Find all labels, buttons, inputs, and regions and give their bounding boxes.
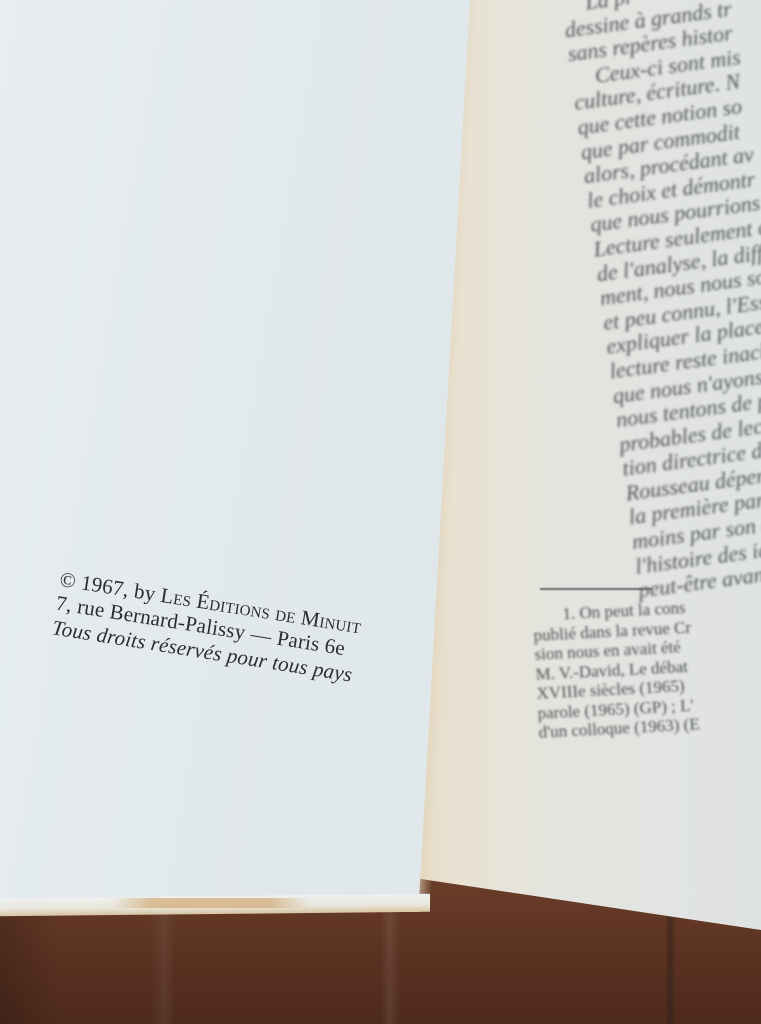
page-edge-stain	[110, 898, 310, 908]
left-page	[0, 0, 470, 912]
footnote-block: 1. On peut la cons publié dans la revue …	[532, 593, 761, 742]
footnote-rule	[540, 588, 652, 590]
book-photo: © 1967, by Les Éditions de Minuit 7, rue…	[0, 0, 761, 1024]
